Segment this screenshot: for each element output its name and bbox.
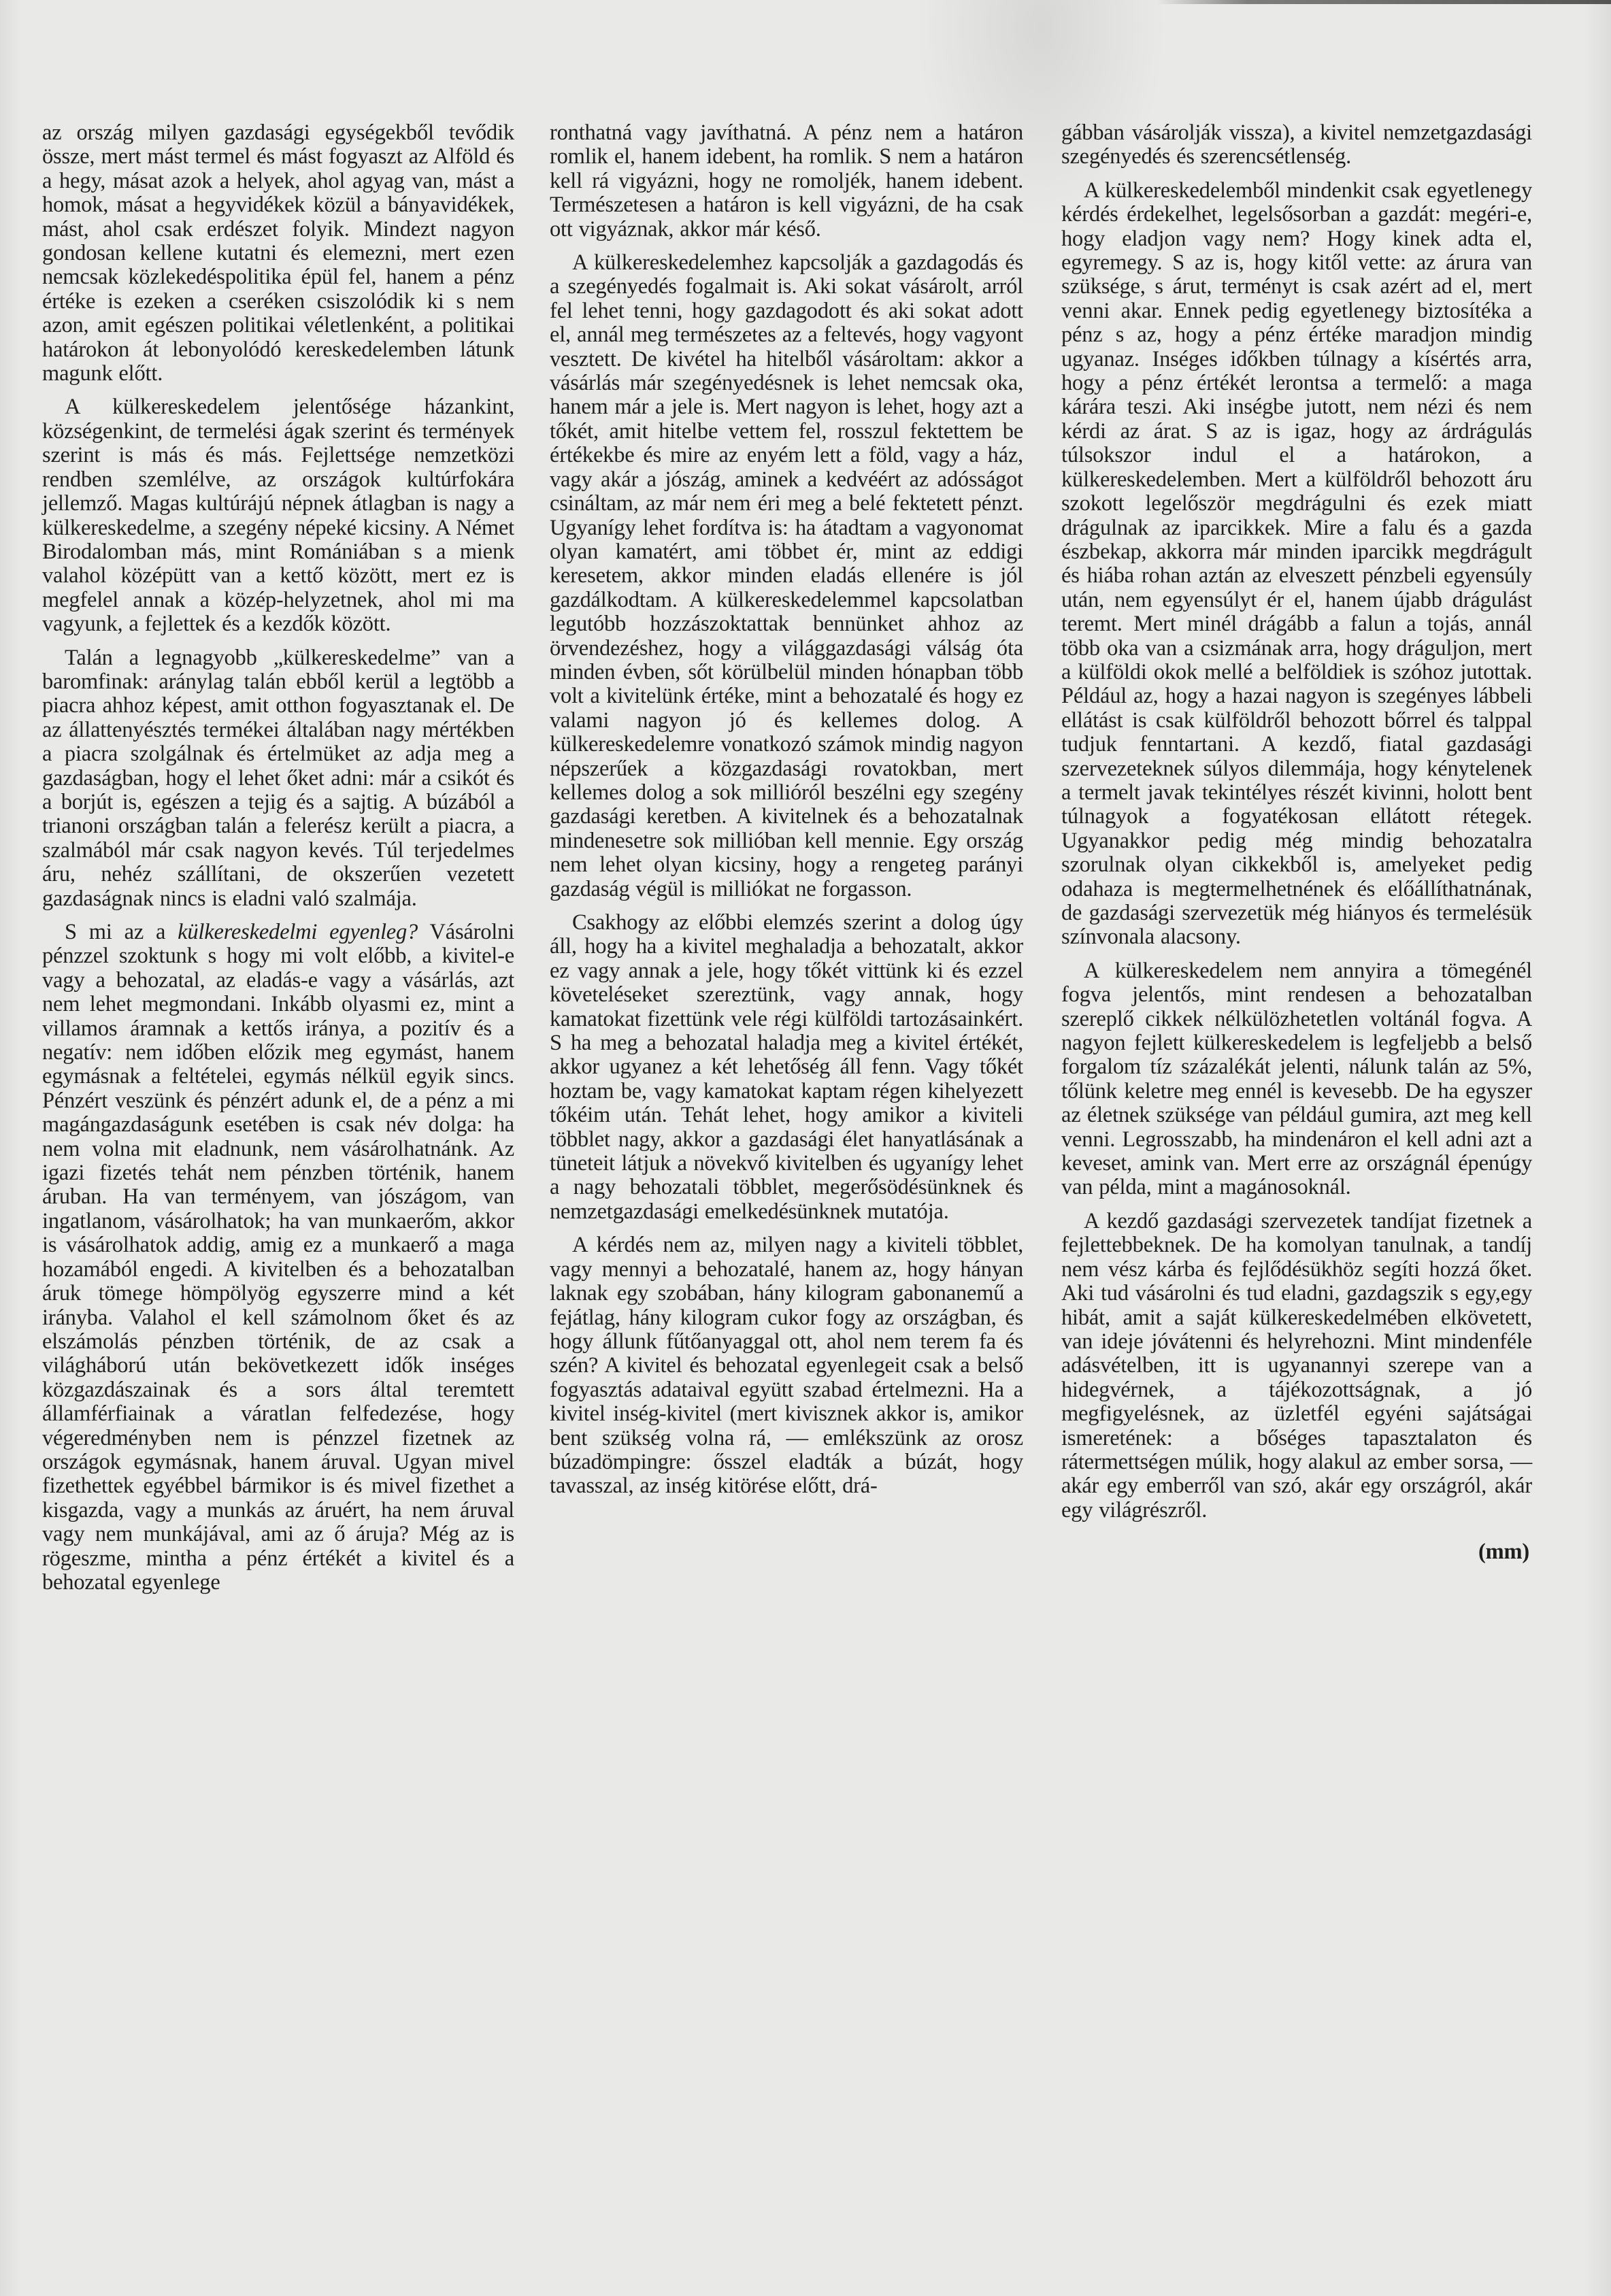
paragraph: A külkereskedelem nem annyira a tömegéné… bbox=[1061, 959, 1532, 1200]
paragraph: Csakhogy az előbbi elemzés szerint a dol… bbox=[550, 911, 1023, 1224]
column-2: ronthatná vagy javíthatná. A pénz nem a … bbox=[550, 121, 1023, 1508]
paragraph-lead: S mi az a bbox=[65, 920, 178, 944]
paragraph: az ország milyen gazdasági egységekből t… bbox=[42, 121, 514, 386]
paragraph: A külkereskedelem jelentősége házankint,… bbox=[42, 395, 514, 636]
column-1: az ország milyen gazdasági egységekből t… bbox=[42, 121, 514, 1604]
author-signature: (mm) bbox=[1061, 1540, 1532, 1564]
emphasized-term: külkereskedelmi egyenleg? bbox=[178, 920, 418, 944]
paragraph: gábban vásárolják vissza), a kivitel nem… bbox=[1061, 121, 1532, 169]
paragraph: Talán a legnagyobb „külkereskedelme” van… bbox=[42, 646, 514, 911]
paragraph: A kérdés nem az, milyen nagy a kiviteli … bbox=[550, 1233, 1023, 1498]
paragraph: S mi az a külkereskedelmi egyenleg? Vásá… bbox=[42, 920, 514, 1595]
scan-edge-shadow bbox=[1157, 0, 1611, 4]
paragraph: ronthatná vagy javíthatná. A pénz nem a … bbox=[550, 121, 1023, 242]
paragraph-body: Vásárolni pénzzel szoktunk s hogy mi vol… bbox=[42, 920, 514, 1595]
paragraph: A külkereskedelemből mindenkit csak egye… bbox=[1061, 179, 1532, 950]
paragraph: A külkereskedelemhez kapcsolják a gazdag… bbox=[550, 251, 1023, 901]
column-3: gábban vásárolják vissza), a kivitel nem… bbox=[1061, 121, 1532, 1565]
paragraph: A kezdő gazdasági szervezetek tandíjat f… bbox=[1061, 1210, 1532, 1523]
